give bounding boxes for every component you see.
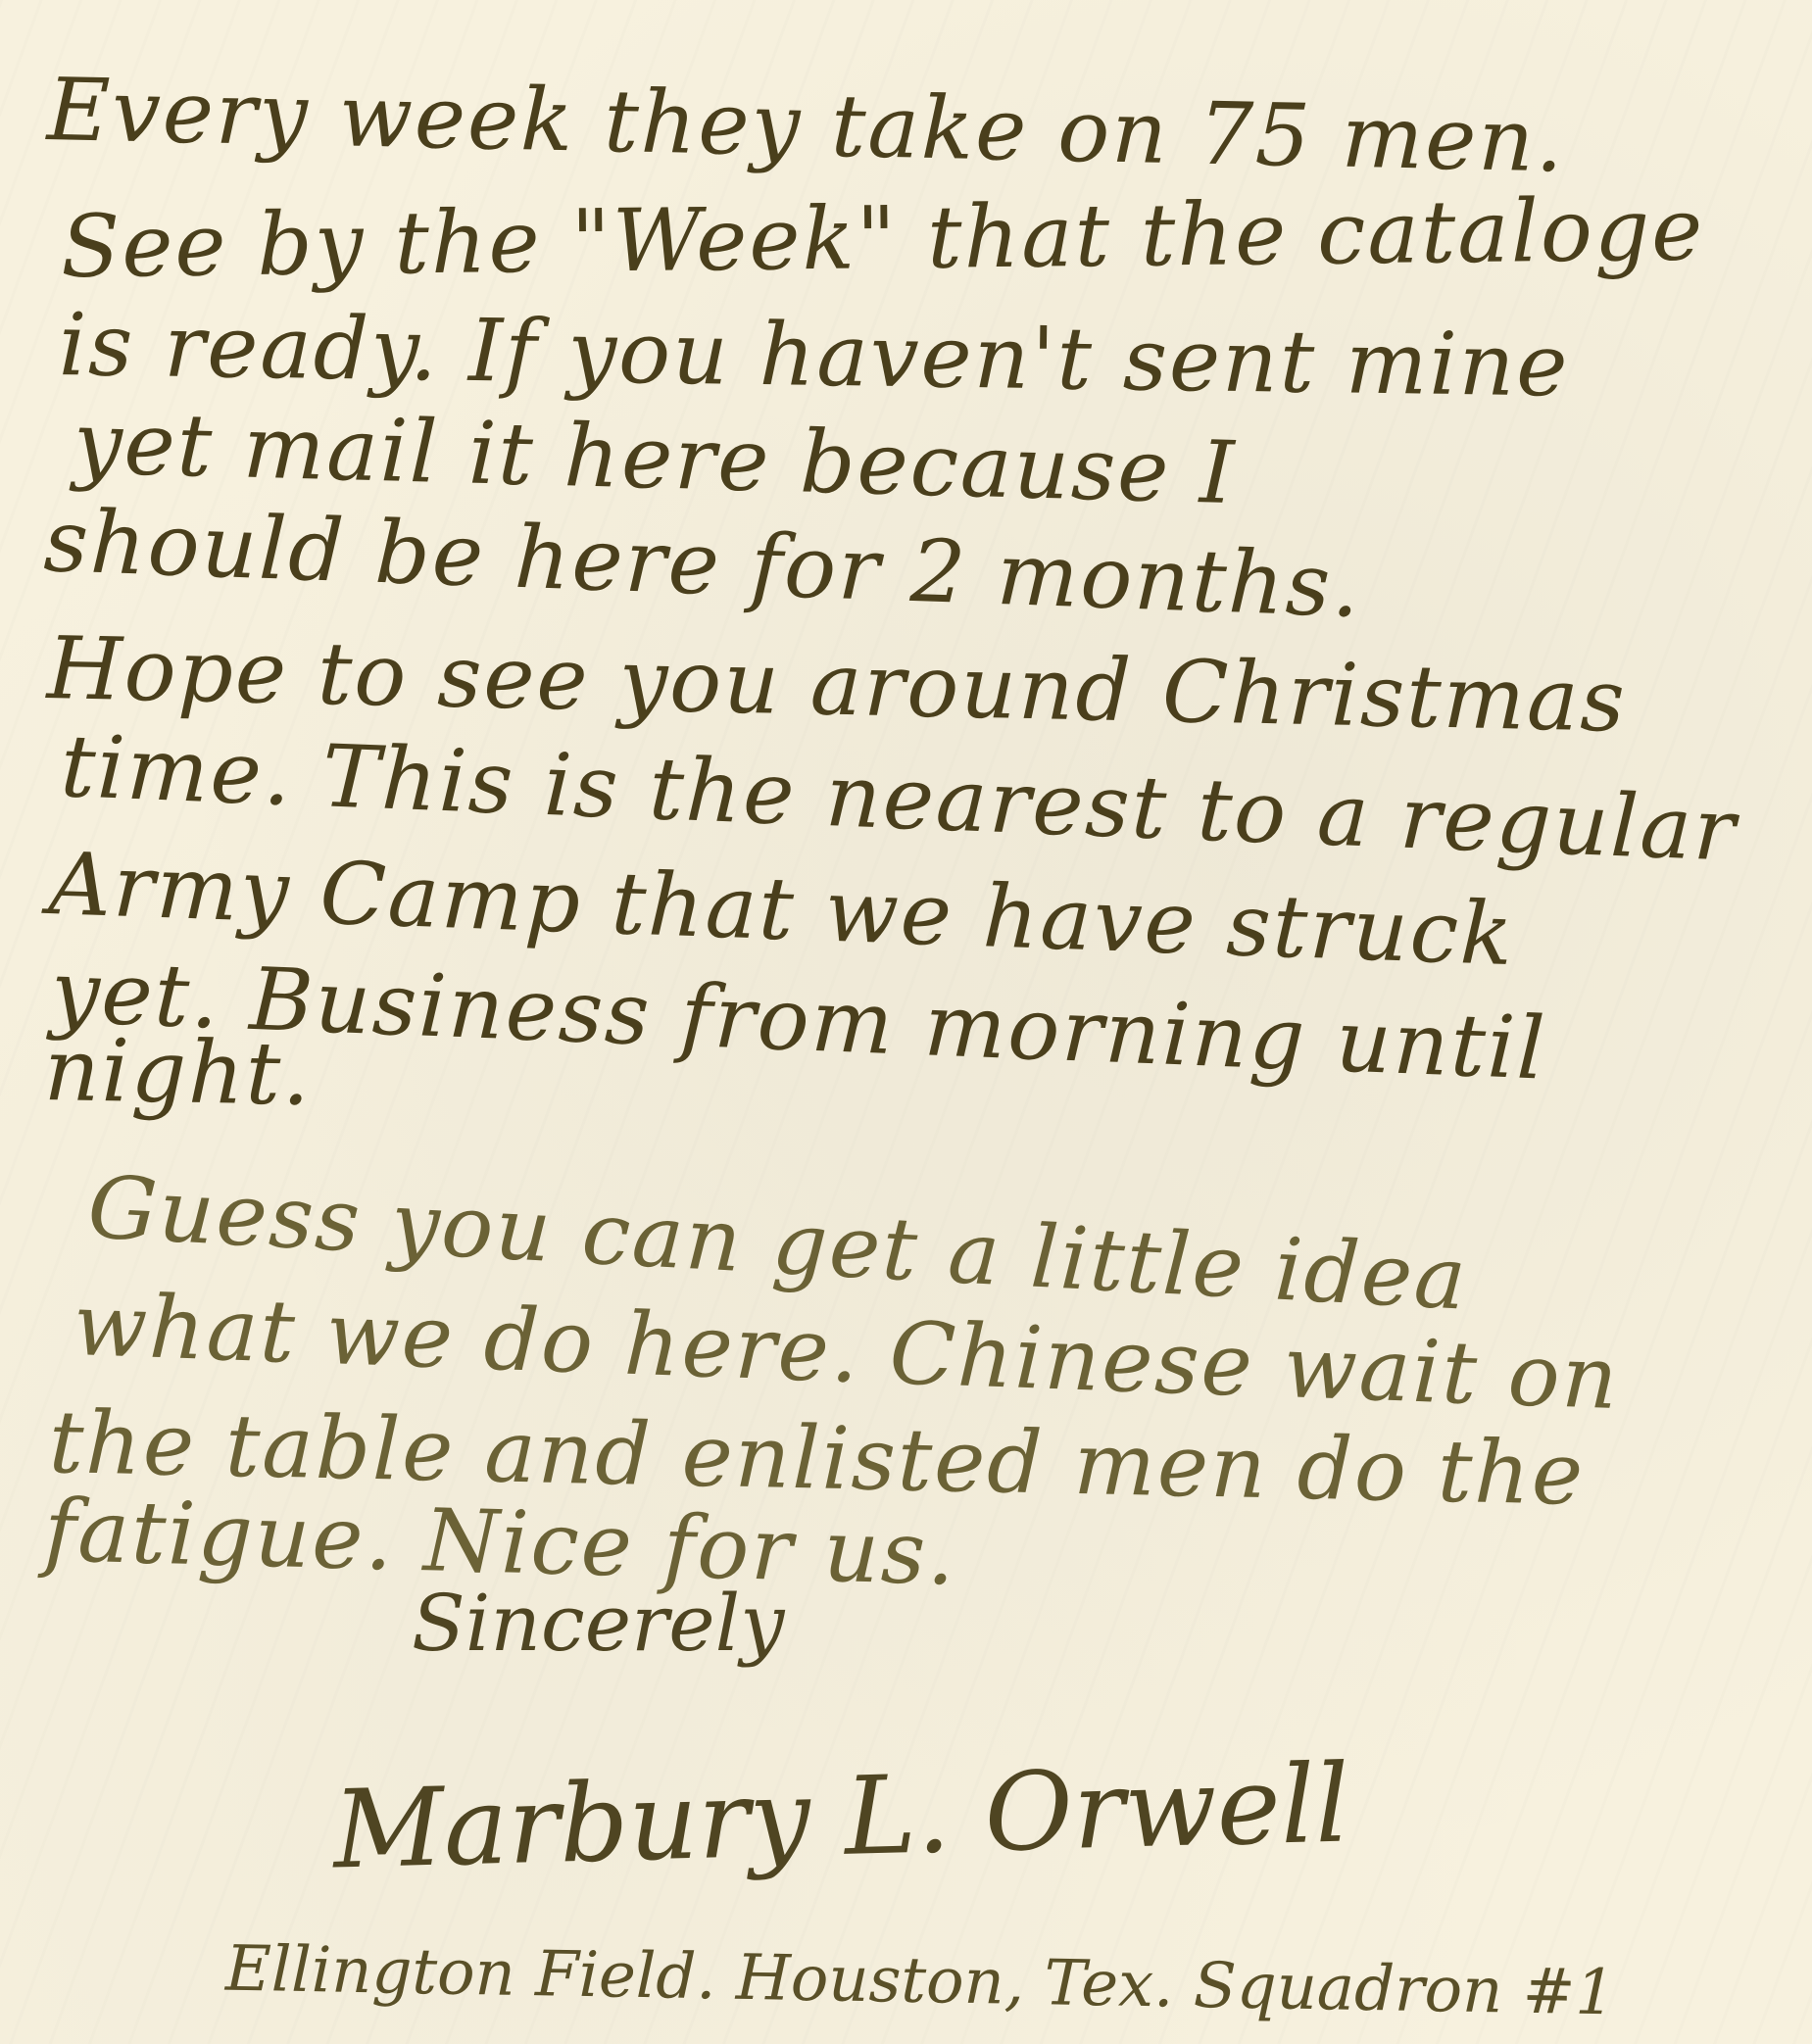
- letter-signature: Marbury L. Orwell: [332, 1740, 1351, 1892]
- letter-closing: Sincerely: [412, 1578, 784, 1669]
- letter-line-2: See by the "Week" that the cataloge: [60, 178, 1704, 297]
- letter-line-10: night.: [43, 1019, 313, 1125]
